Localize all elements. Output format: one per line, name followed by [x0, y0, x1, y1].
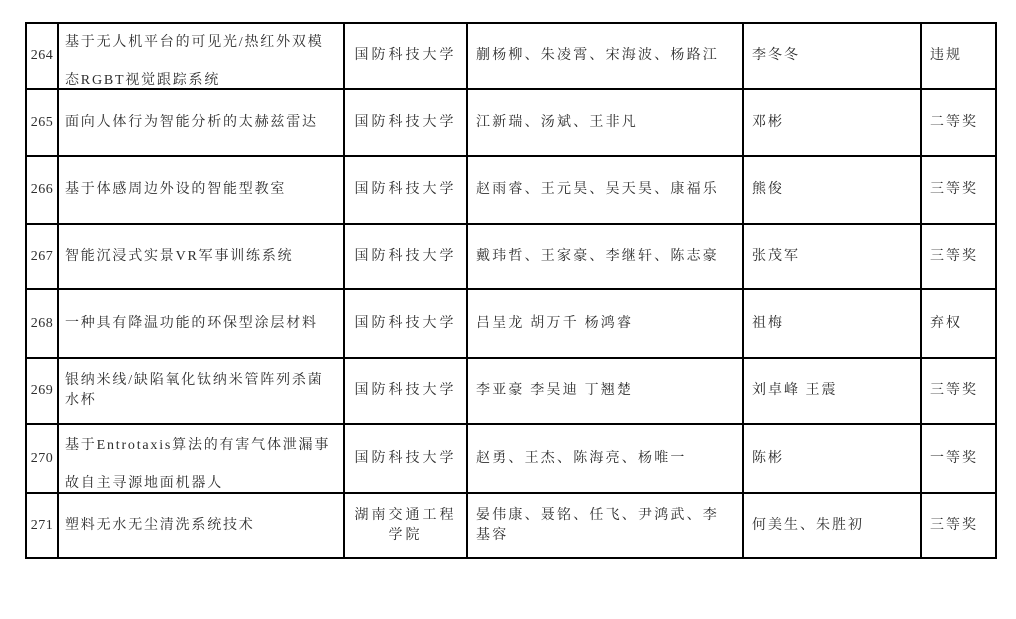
cell-award-result: 三等奖 [921, 493, 996, 558]
project-title: 塑料无水无尘清洗系统技术 [59, 516, 343, 536]
cell-university-name: 国防科技大学 [344, 358, 467, 424]
cell-project-title: 基于体感周边外设的智能型教室 [58, 156, 344, 224]
project-title: 基于无人机平台的可见光/热红外双模态RGBT视觉跟踪系统 [59, 24, 343, 88]
row-number: 268 [27, 314, 57, 334]
cell-award-result: 三等奖 [921, 358, 996, 424]
table-row: 271塑料无水无尘清洗系统技术湖南交通工程学院晏伟康、聂铭、任飞、尹鸿武、李基容… [26, 493, 996, 558]
cell-university-name: 国防科技大学 [344, 289, 467, 358]
award-result: 一等奖 [922, 449, 995, 469]
advisor-names: 李冬冬 [744, 46, 920, 66]
team-members: 吕呈龙 胡万千 杨鸿睿 [468, 314, 742, 334]
cell-award-result: 一等奖 [921, 424, 996, 493]
cell-university-name: 国防科技大学 [344, 224, 467, 289]
cell-university-name: 国防科技大学 [344, 23, 467, 89]
university-name: 国防科技大学 [345, 247, 466, 267]
team-members: 蒯杨柳、朱凌霄、宋海波、杨路江 [468, 46, 742, 66]
project-title: 基于Entrotaxis算法的有害气体泄漏事故自主寻源地面机器人 [59, 427, 343, 491]
team-members: 赵勇、王杰、陈海亮、杨唯一 [468, 449, 742, 469]
advisor-names: 陈彬 [744, 449, 920, 469]
cell-project-title: 一种具有降温功能的环保型涂层材料 [58, 289, 344, 358]
advisor-names: 张茂军 [744, 247, 920, 267]
award-result: 三等奖 [922, 516, 995, 536]
cell-team-members: 赵雨睿、王元昊、吴天昊、康福乐 [467, 156, 743, 224]
cell-row-number: 270 [26, 424, 58, 493]
cell-row-number: 271 [26, 493, 58, 558]
advisor-names: 邓彬 [744, 113, 920, 133]
team-members: 戴玮哲、王家豪、李继轩、陈志豪 [468, 247, 742, 267]
cell-advisor-names: 张茂军 [743, 224, 921, 289]
award-result: 三等奖 [922, 247, 995, 267]
award-result: 弃权 [922, 314, 995, 334]
table-body: 264基于无人机平台的可见光/热红外双模态RGBT视觉跟踪系统国防科技大学蒯杨柳… [26, 23, 996, 558]
cell-university-name: 国防科技大学 [344, 156, 467, 224]
table-row: 266基于体感周边外设的智能型教室国防科技大学赵雨睿、王元昊、吴天昊、康福乐熊俊… [26, 156, 996, 224]
university-name: 湖南交通工程学院 [345, 506, 466, 546]
team-members: 赵雨睿、王元昊、吴天昊、康福乐 [468, 180, 742, 200]
cell-row-number: 267 [26, 224, 58, 289]
advisor-names: 何美生、朱胜初 [744, 516, 920, 536]
award-result: 三等奖 [922, 381, 995, 401]
cell-project-title: 基于无人机平台的可见光/热红外双模态RGBT视觉跟踪系统 [58, 23, 344, 89]
advisor-names: 祖梅 [744, 314, 920, 334]
row-number: 270 [27, 449, 57, 469]
cell-team-members: 戴玮哲、王家豪、李继轩、陈志豪 [467, 224, 743, 289]
cell-team-members: 吕呈龙 胡万千 杨鸿睿 [467, 289, 743, 358]
university-name: 国防科技大学 [345, 381, 466, 401]
cell-university-name: 湖南交通工程学院 [344, 493, 467, 558]
cell-team-members: 李亚豪 李吴迪 丁翘楚 [467, 358, 743, 424]
cell-award-result: 违规 [921, 23, 996, 89]
cell-team-members: 晏伟康、聂铭、任飞、尹鸿武、李基容 [467, 493, 743, 558]
table-row: 269银纳米线/缺陷氧化钛纳米管阵列杀菌水杯国防科技大学李亚豪 李吴迪 丁翘楚刘… [26, 358, 996, 424]
cell-team-members: 江新瑞、汤斌、王非凡 [467, 89, 743, 156]
cell-project-title: 银纳米线/缺陷氧化钛纳米管阵列杀菌水杯 [58, 358, 344, 424]
university-name: 国防科技大学 [345, 449, 466, 469]
team-members: 李亚豪 李吴迪 丁翘楚 [468, 381, 742, 401]
cell-university-name: 国防科技大学 [344, 89, 467, 156]
row-number: 266 [27, 180, 57, 200]
cell-project-title: 塑料无水无尘清洗系统技术 [58, 493, 344, 558]
cell-row-number: 265 [26, 89, 58, 156]
team-members: 晏伟康、聂铭、任飞、尹鸿武、李基容 [468, 506, 742, 546]
table-row: 265面向人体行为智能分析的太赫兹雷达国防科技大学江新瑞、汤斌、王非凡邓彬二等奖 [26, 89, 996, 156]
table-row: 270基于Entrotaxis算法的有害气体泄漏事故自主寻源地面机器人国防科技大… [26, 424, 996, 493]
cell-row-number: 264 [26, 23, 58, 89]
cell-award-result: 二等奖 [921, 89, 996, 156]
university-name: 国防科技大学 [345, 180, 466, 200]
cell-advisor-names: 刘卓峰 王震 [743, 358, 921, 424]
awards-table: 264基于无人机平台的可见光/热红外双模态RGBT视觉跟踪系统国防科技大学蒯杨柳… [25, 22, 997, 559]
project-title: 基于体感周边外设的智能型教室 [59, 180, 343, 200]
cell-award-result: 三等奖 [921, 156, 996, 224]
row-number: 267 [27, 247, 57, 267]
cell-project-title: 智能沉浸式实景VR军事训练系统 [58, 224, 344, 289]
row-number: 265 [27, 113, 57, 133]
project-title: 面向人体行为智能分析的太赫兹雷达 [59, 113, 343, 133]
table-row: 268一种具有降温功能的环保型涂层材料国防科技大学吕呈龙 胡万千 杨鸿睿祖梅弃权 [26, 289, 996, 358]
cell-university-name: 国防科技大学 [344, 424, 467, 493]
university-name: 国防科技大学 [345, 46, 466, 66]
cell-team-members: 蒯杨柳、朱凌霄、宋海波、杨路江 [467, 23, 743, 89]
cell-advisor-names: 祖梅 [743, 289, 921, 358]
university-name: 国防科技大学 [345, 314, 466, 334]
cell-team-members: 赵勇、王杰、陈海亮、杨唯一 [467, 424, 743, 493]
project-title: 一种具有降温功能的环保型涂层材料 [59, 314, 343, 334]
award-result: 违规 [922, 46, 995, 66]
team-members: 江新瑞、汤斌、王非凡 [468, 113, 742, 133]
cell-project-title: 面向人体行为智能分析的太赫兹雷达 [58, 89, 344, 156]
row-number: 264 [27, 46, 57, 66]
cell-row-number: 269 [26, 358, 58, 424]
cell-row-number: 268 [26, 289, 58, 358]
table-row: 264基于无人机平台的可见光/热红外双模态RGBT视觉跟踪系统国防科技大学蒯杨柳… [26, 23, 996, 89]
cell-award-result: 三等奖 [921, 224, 996, 289]
cell-advisor-names: 熊俊 [743, 156, 921, 224]
advisor-names: 熊俊 [744, 180, 920, 200]
cell-advisor-names: 李冬冬 [743, 23, 921, 89]
table-row: 267智能沉浸式实景VR军事训练系统国防科技大学戴玮哲、王家豪、李继轩、陈志豪张… [26, 224, 996, 289]
university-name: 国防科技大学 [345, 113, 466, 133]
project-title: 银纳米线/缺陷氧化钛纳米管阵列杀菌水杯 [59, 371, 343, 411]
document-page: 264基于无人机平台的可见光/热红外双模态RGBT视觉跟踪系统国防科技大学蒯杨柳… [0, 0, 1016, 619]
cell-row-number: 266 [26, 156, 58, 224]
cell-award-result: 弃权 [921, 289, 996, 358]
cell-advisor-names: 何美生、朱胜初 [743, 493, 921, 558]
cell-advisor-names: 邓彬 [743, 89, 921, 156]
row-number: 271 [27, 516, 57, 536]
cell-advisor-names: 陈彬 [743, 424, 921, 493]
project-title: 智能沉浸式实景VR军事训练系统 [59, 247, 343, 267]
award-result: 二等奖 [922, 113, 995, 133]
award-result: 三等奖 [922, 180, 995, 200]
cell-project-title: 基于Entrotaxis算法的有害气体泄漏事故自主寻源地面机器人 [58, 424, 344, 493]
advisor-names: 刘卓峰 王震 [744, 381, 920, 401]
row-number: 269 [27, 381, 57, 401]
